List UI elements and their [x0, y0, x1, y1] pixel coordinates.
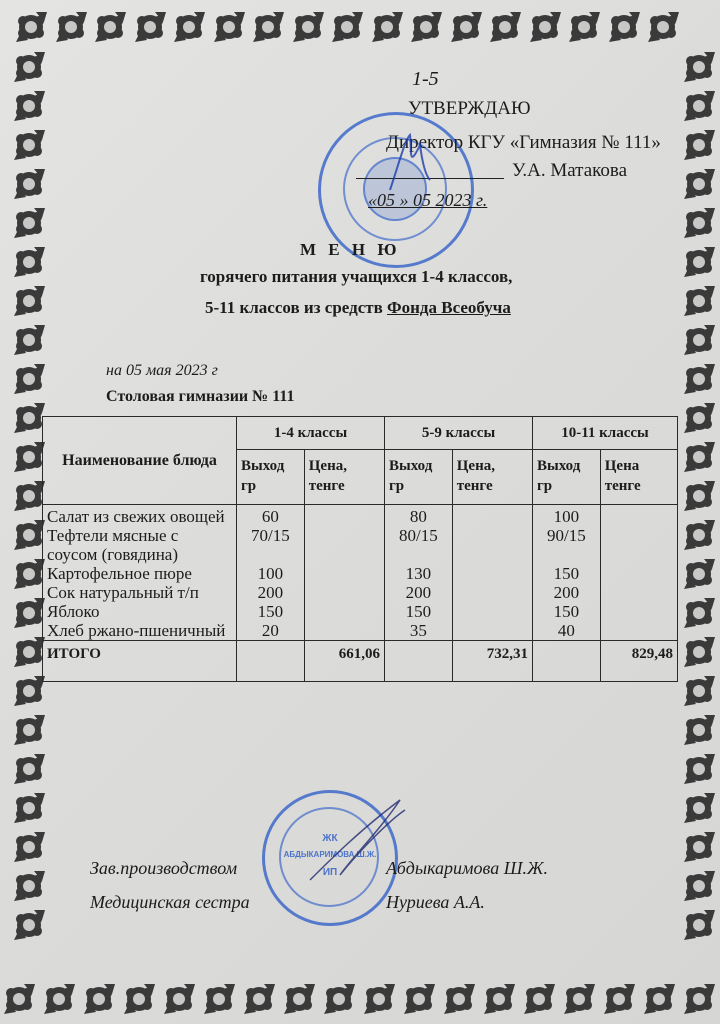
- output-5-9: 150: [385, 602, 453, 621]
- dish-name: Тефтели мясные с соусом (говядина): [43, 526, 237, 564]
- menu-subtitle-1: горячего питания учащихся 1-4 классов,: [200, 267, 512, 287]
- output-5-9: 80: [385, 505, 453, 527]
- dish-header: Наименование блюда: [43, 417, 237, 505]
- menu-date: на 05 мая 2023 г: [106, 362, 218, 380]
- director-name: У.А. Матакова: [512, 160, 627, 182]
- dish-name: Хлеб ржано-пшеничный: [43, 621, 237, 641]
- output-1-4: 60: [237, 505, 305, 527]
- price-5-9: [452, 564, 532, 583]
- fund-name: Фонда Всеобуча: [387, 298, 511, 317]
- production-manager-role: Зав.производством: [90, 858, 237, 879]
- output-10-11: 40: [533, 621, 601, 641]
- table-row: Яблоко150150150: [43, 602, 678, 621]
- dish-name: Яблоко: [43, 602, 237, 621]
- table-row: Картофельное пюре100130150: [43, 564, 678, 583]
- price-1-4: [304, 505, 384, 527]
- output-header: Выход гр: [533, 450, 601, 505]
- output-5-9: 80/15: [385, 526, 453, 564]
- stamp-center-text: ЖК: [265, 833, 395, 844]
- price-header: Цена, тенге: [304, 450, 384, 505]
- nurse-role: Медицинская сестра: [90, 892, 250, 913]
- stamp-suffix-text: ИП: [265, 867, 395, 878]
- entrepreneur-stamp: ЖК АБДЫКАРИМОВА Ш.Ж. ИП: [262, 790, 398, 926]
- price-5-9: [452, 583, 532, 602]
- price-1-4: [304, 564, 384, 583]
- total-row: ИТОГО 661,06 732,31 829,48: [43, 641, 678, 682]
- price-5-9: [452, 505, 532, 527]
- director-line: Директор КГУ «Гимназия № 111»: [386, 132, 661, 154]
- price-10-11: [600, 583, 677, 602]
- output-1-4: 150: [237, 602, 305, 621]
- price-1-4: [304, 621, 384, 641]
- total-5-9: 732,31: [452, 641, 532, 682]
- output-1-4: 70/15: [237, 526, 305, 564]
- signature-line: [356, 178, 504, 179]
- dish-name: Салат из свежих овощей: [43, 505, 237, 527]
- price-10-11: [600, 602, 677, 621]
- output-10-11: 200: [533, 583, 601, 602]
- output-1-4: 200: [237, 583, 305, 602]
- menu-table: Наименование блюда 1-4 классы 5-9 классы…: [42, 416, 678, 682]
- table-row: Салат из свежих овощей6080100: [43, 505, 678, 527]
- group-header: 5-9 классы: [385, 417, 533, 450]
- price-10-11: [600, 621, 677, 641]
- group-header: 1-4 классы: [237, 417, 385, 450]
- menu-subtitle-2: 5-11 классов из средств Фонда Всеобуча: [205, 298, 511, 318]
- approval-title: УТВЕРЖДАЮ: [408, 98, 530, 120]
- subtitle-prefix: 5-11 классов из средств: [205, 298, 387, 317]
- total-1-4: 661,06: [304, 641, 384, 682]
- price-5-9: [452, 621, 532, 641]
- canteen-name: Столовая гимназии № 111: [106, 388, 294, 406]
- price-5-9: [452, 602, 532, 621]
- dish-name: Картофельное пюре: [43, 564, 237, 583]
- output-1-4: 100: [237, 564, 305, 583]
- group-header: 10-11 классы: [533, 417, 678, 450]
- nurse-name: Нуриева А.А.: [386, 892, 485, 913]
- price-1-4: [304, 583, 384, 602]
- output-5-9: 35: [385, 621, 453, 641]
- output-header: Выход гр: [385, 450, 453, 505]
- price-10-11: [600, 505, 677, 527]
- output-5-9: 200: [385, 583, 453, 602]
- table-row: Тефтели мясные с соусом (говядина)70/158…: [43, 526, 678, 564]
- approval-date: «05 » 05 2023 г.: [368, 190, 487, 211]
- menu-document: 1-5 УТВЕРЖДАЮ Директор КГУ «Гимназия № 1…: [0, 0, 720, 1024]
- dish-name: Сок натуральный т/п: [43, 583, 237, 602]
- price-header: Цена, тенге: [452, 450, 532, 505]
- menu-title: М Е Н Ю: [300, 240, 401, 260]
- price-1-4: [304, 526, 384, 564]
- stamp-name-text: АБДЫКАРИМОВА Ш.Ж.: [265, 850, 395, 859]
- output-header: Выход гр: [237, 450, 305, 505]
- output-10-11: 150: [533, 564, 601, 583]
- price-10-11: [600, 526, 677, 564]
- total-10-11: 829,48: [600, 641, 677, 682]
- total-label: ИТОГО: [43, 641, 237, 682]
- table-row: Хлеб ржано-пшеничный203540: [43, 621, 678, 641]
- output-10-11: 90/15: [533, 526, 601, 564]
- document-number: 1-5: [412, 68, 439, 91]
- production-manager-name: Абдыкаримова Ш.Ж.: [386, 858, 548, 879]
- output-5-9: 130: [385, 564, 453, 583]
- price-10-11: [600, 564, 677, 583]
- price-5-9: [452, 526, 532, 564]
- price-1-4: [304, 602, 384, 621]
- output-10-11: 100: [533, 505, 601, 527]
- output-1-4: 20: [237, 621, 305, 641]
- table-row: Сок натуральный т/п200200200: [43, 583, 678, 602]
- output-10-11: 150: [533, 602, 601, 621]
- price-header: Цена тенге: [600, 450, 677, 505]
